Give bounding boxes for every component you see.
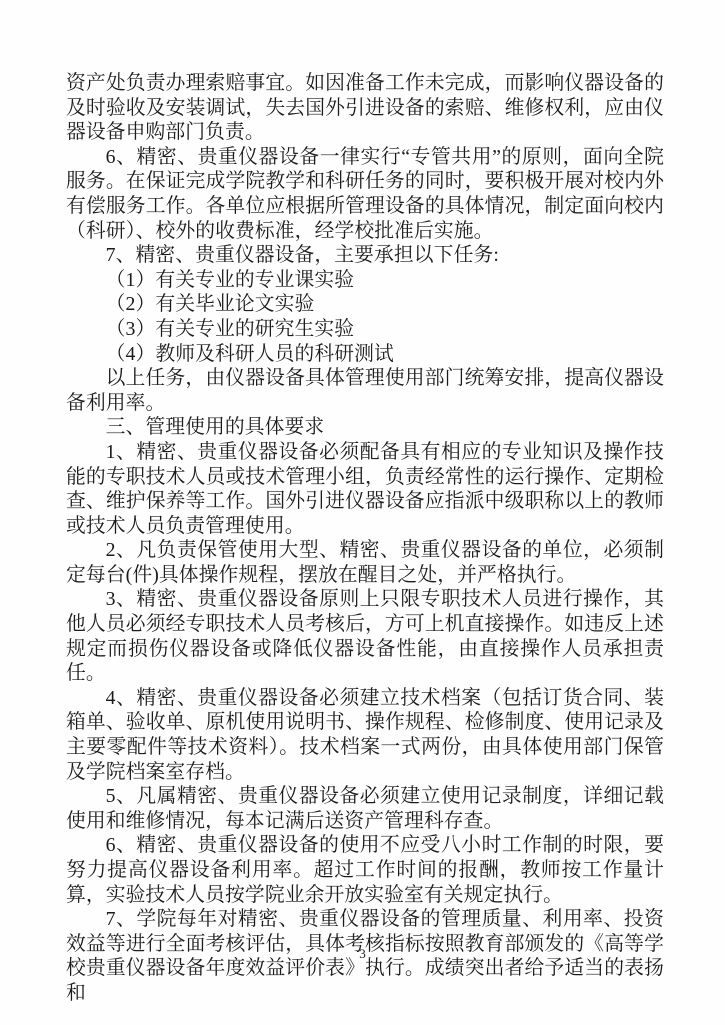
- paragraph-rule-4: 4、精密、贵重仪器设备必须建立技术档案（包括订货合同、装箱单、验收单、原机使用说…: [66, 686, 664, 784]
- list-item-4: （4）教师及科研人员的科研测试: [66, 342, 664, 367]
- paragraph-summary: 以上任务，由仪器设备具体管理使用部门统筹安排，提高仪器设备利用率。: [66, 366, 664, 415]
- page-number: 3: [0, 946, 725, 962]
- paragraph-continuation: 资产处负责办理索赔事宜。如因准备工作未完成，而影响仪器设备的及时验收及安装调试，…: [66, 71, 664, 145]
- list-item-3: （3）有关专业的研究生实验: [66, 317, 664, 342]
- document-page: 资产处负责办理索赔事宜。如因准备工作未完成，而影响仪器设备的及时验收及安装调试，…: [0, 0, 725, 1025]
- paragraph-rule-5: 5、凡属精密、贵重仪器设备必须建立使用记录制度，详细记载使用和维修情况，每本记满…: [66, 784, 664, 833]
- list-item-1: （1）有关专业的专业课实验: [66, 268, 664, 293]
- paragraph-rule-2: 2、凡负责保管使用大型、精密、贵重仪器设备的单位，必须制定每台(件)具体操作规程…: [66, 538, 664, 587]
- paragraph-item-7: 7、精密、贵重仪器设备，主要承担以下任务:: [66, 243, 664, 268]
- document-body: 资产处负责办理索赔事宜。如因准备工作未完成，而影响仪器设备的及时验收及安装调试，…: [66, 71, 664, 1006]
- list-item-2: （2）有关毕业论文实验: [66, 292, 664, 317]
- paragraph-rule-3: 3、精密、贵重仪器设备原则上只限专职技术人员进行操作，其他人员必须经专职技术人员…: [66, 587, 664, 685]
- paragraph-item-6: 6、精密、贵重仪器设备一律实行“专管共用”的原则，面向全院服务。在保证完成学院教…: [66, 145, 664, 243]
- section-heading: 三、管理使用的具体要求: [66, 415, 664, 440]
- paragraph-rule-1: 1、精密、贵重仪器设备必须配备具有相应的专业知识及操作技能的专职技术人员或技术管…: [66, 440, 664, 538]
- paragraph-rule-6: 6、精密、贵重仪器设备的使用不应受八小时工作制的时限，要努力提高仪器设备利用率。…: [66, 833, 664, 907]
